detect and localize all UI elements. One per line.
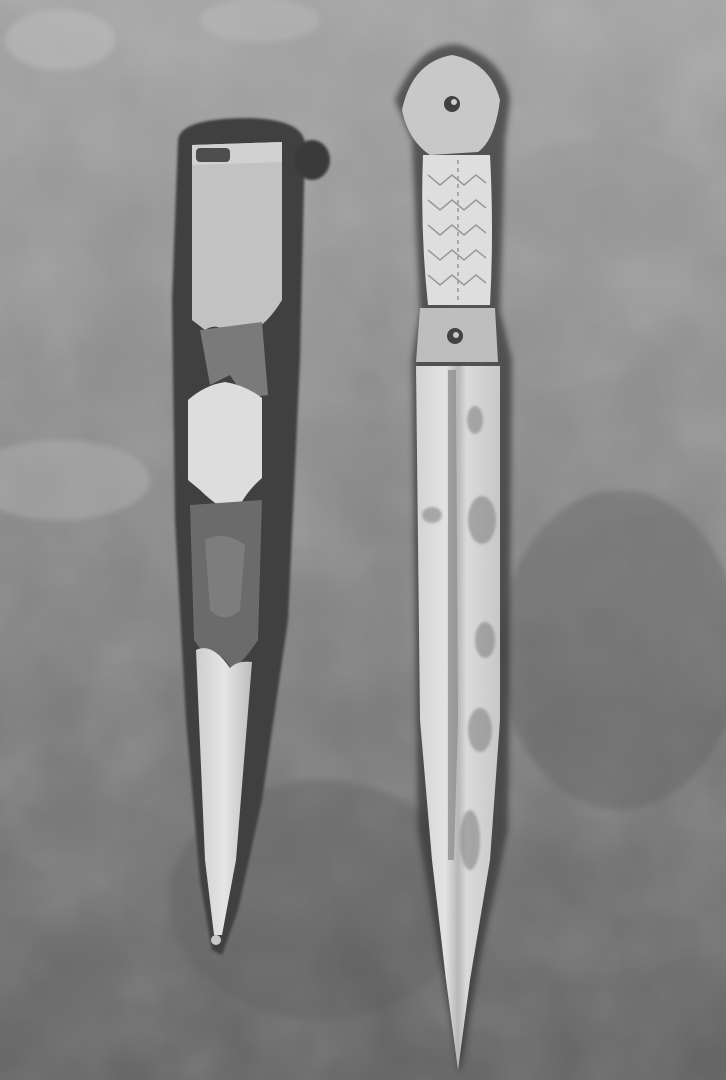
photo-canvas xyxy=(0,0,726,1080)
photograph xyxy=(0,0,726,1080)
film-grain xyxy=(0,0,726,1080)
